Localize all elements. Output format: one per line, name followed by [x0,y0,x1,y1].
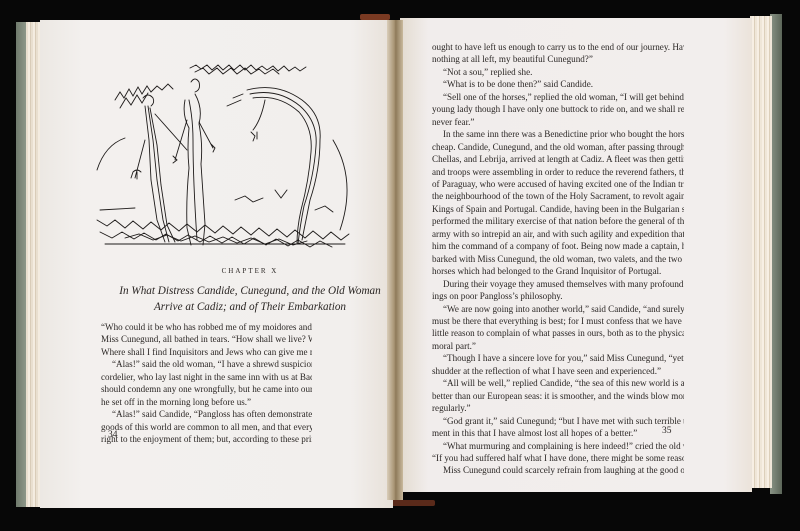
text-line: shudder at the reflection of what I have… [432,365,684,377]
text-line: never fear.” [432,116,684,128]
text-line: “Sell one of the horses,” replied the ol… [432,91,684,103]
text-line: he set off in the morning long before us… [101,396,312,408]
chapter-illustration [95,60,357,252]
text-line: Chellas, and Lebrija, arrived at length … [432,153,684,165]
text-line: ought to have left us enough to carry us… [432,41,684,53]
text-line: better than our European seas: it is smo… [432,390,684,402]
text-line: him the command of a company of foot. Be… [432,240,684,252]
text-line: barked with Miss Cunegund, the old woman… [432,253,684,265]
text-line: During their voyage they amused themselv… [432,278,684,290]
text-line: little reason to complain of what passes… [432,327,684,339]
text-line: “We are now going into another world,” s… [432,303,684,315]
text-line: Miss Cunegund could scarcely refrain fro… [432,464,684,476]
text-line: ment in this that I have almost lost all… [432,427,684,439]
text-line: moral part.” [432,340,684,352]
text-line: “Not a sou,” replied she. [432,66,684,78]
text-line: must be there that everything is best; f… [432,315,684,327]
text-line: “All will be well,” replied Candide, “th… [432,377,684,389]
page-number-left: 34 [108,430,118,440]
text-line: and troops were assembling in order to r… [432,166,684,178]
text-line: the neighbourhood of the town of the Hol… [432,190,684,202]
text-line: of Paraguay, who were accused of having … [432,178,684,190]
text-line: nothing at all left, my beautiful Cunegu… [432,53,684,65]
chapter-number: CHAPTER X [100,267,400,275]
text-line: horses which had belonged to the Grand I… [432,265,684,277]
text-line: ings on poor Pangloss’s philosophy. [432,290,684,302]
chapter-title-line-1: In What Distress Candide, Cunegund, and … [100,283,400,299]
text-line: “Alas!” said Candide, “Pangloss has ofte… [101,408,312,420]
left-page-body: “Who could it be who has robbed me of my… [101,321,312,446]
page-number-right: 35 [662,426,672,436]
text-line: regularly.” [432,402,684,414]
text-line: “Who could it be who has robbed me of my… [101,321,312,333]
text-line: Miss Cunegund, all bathed in tears. “How… [101,333,312,345]
right-page-body: ought to have left us enough to carry us… [432,41,684,477]
book-gutter [387,20,403,500]
text-line: right to the enjoyment of them; but, acc… [101,433,312,445]
text-line: “Though I have a sincere love for you,” … [432,352,684,364]
page-edges-right [750,16,772,488]
text-line: “If you had suffered half what I have do… [432,452,684,464]
text-line: “What murmuring and complaining is here … [432,440,684,452]
text-line: Kings of Spain and Portugal. Candide, ha… [432,203,684,215]
text-line: cheap. Candide, Cunegund, and the old wo… [432,141,684,153]
text-line: “God grant it,” said Cunegund; “but I ha… [432,415,684,427]
text-line: “Alas!” said the old woman, “I have a sh… [101,358,312,370]
text-line: goods of this world are common to all me… [101,421,312,433]
text-line: performed the military exercise of that … [432,215,684,227]
text-line: In the same inn there was a Benedictine … [432,128,684,140]
text-line: army with so intrepid an air, and with s… [432,228,684,240]
text-line: “What is to be done then?” said Candide. [432,78,684,90]
pen-drawing-icon [95,60,357,252]
chapter-title-line-2: Arrive at Cadiz; and of Their Embarkatio… [100,299,400,315]
text-line: Where shall I find Inquisitors and Jews … [101,346,312,358]
text-line: cordelier, who lay last night in the sam… [101,371,312,383]
text-line: young lady though I have only one buttoc… [432,103,684,115]
text-line: should condemn any one wrongfully, but h… [101,383,312,395]
chapter-title: In What Distress Candide, Cunegund, and … [100,283,400,315]
